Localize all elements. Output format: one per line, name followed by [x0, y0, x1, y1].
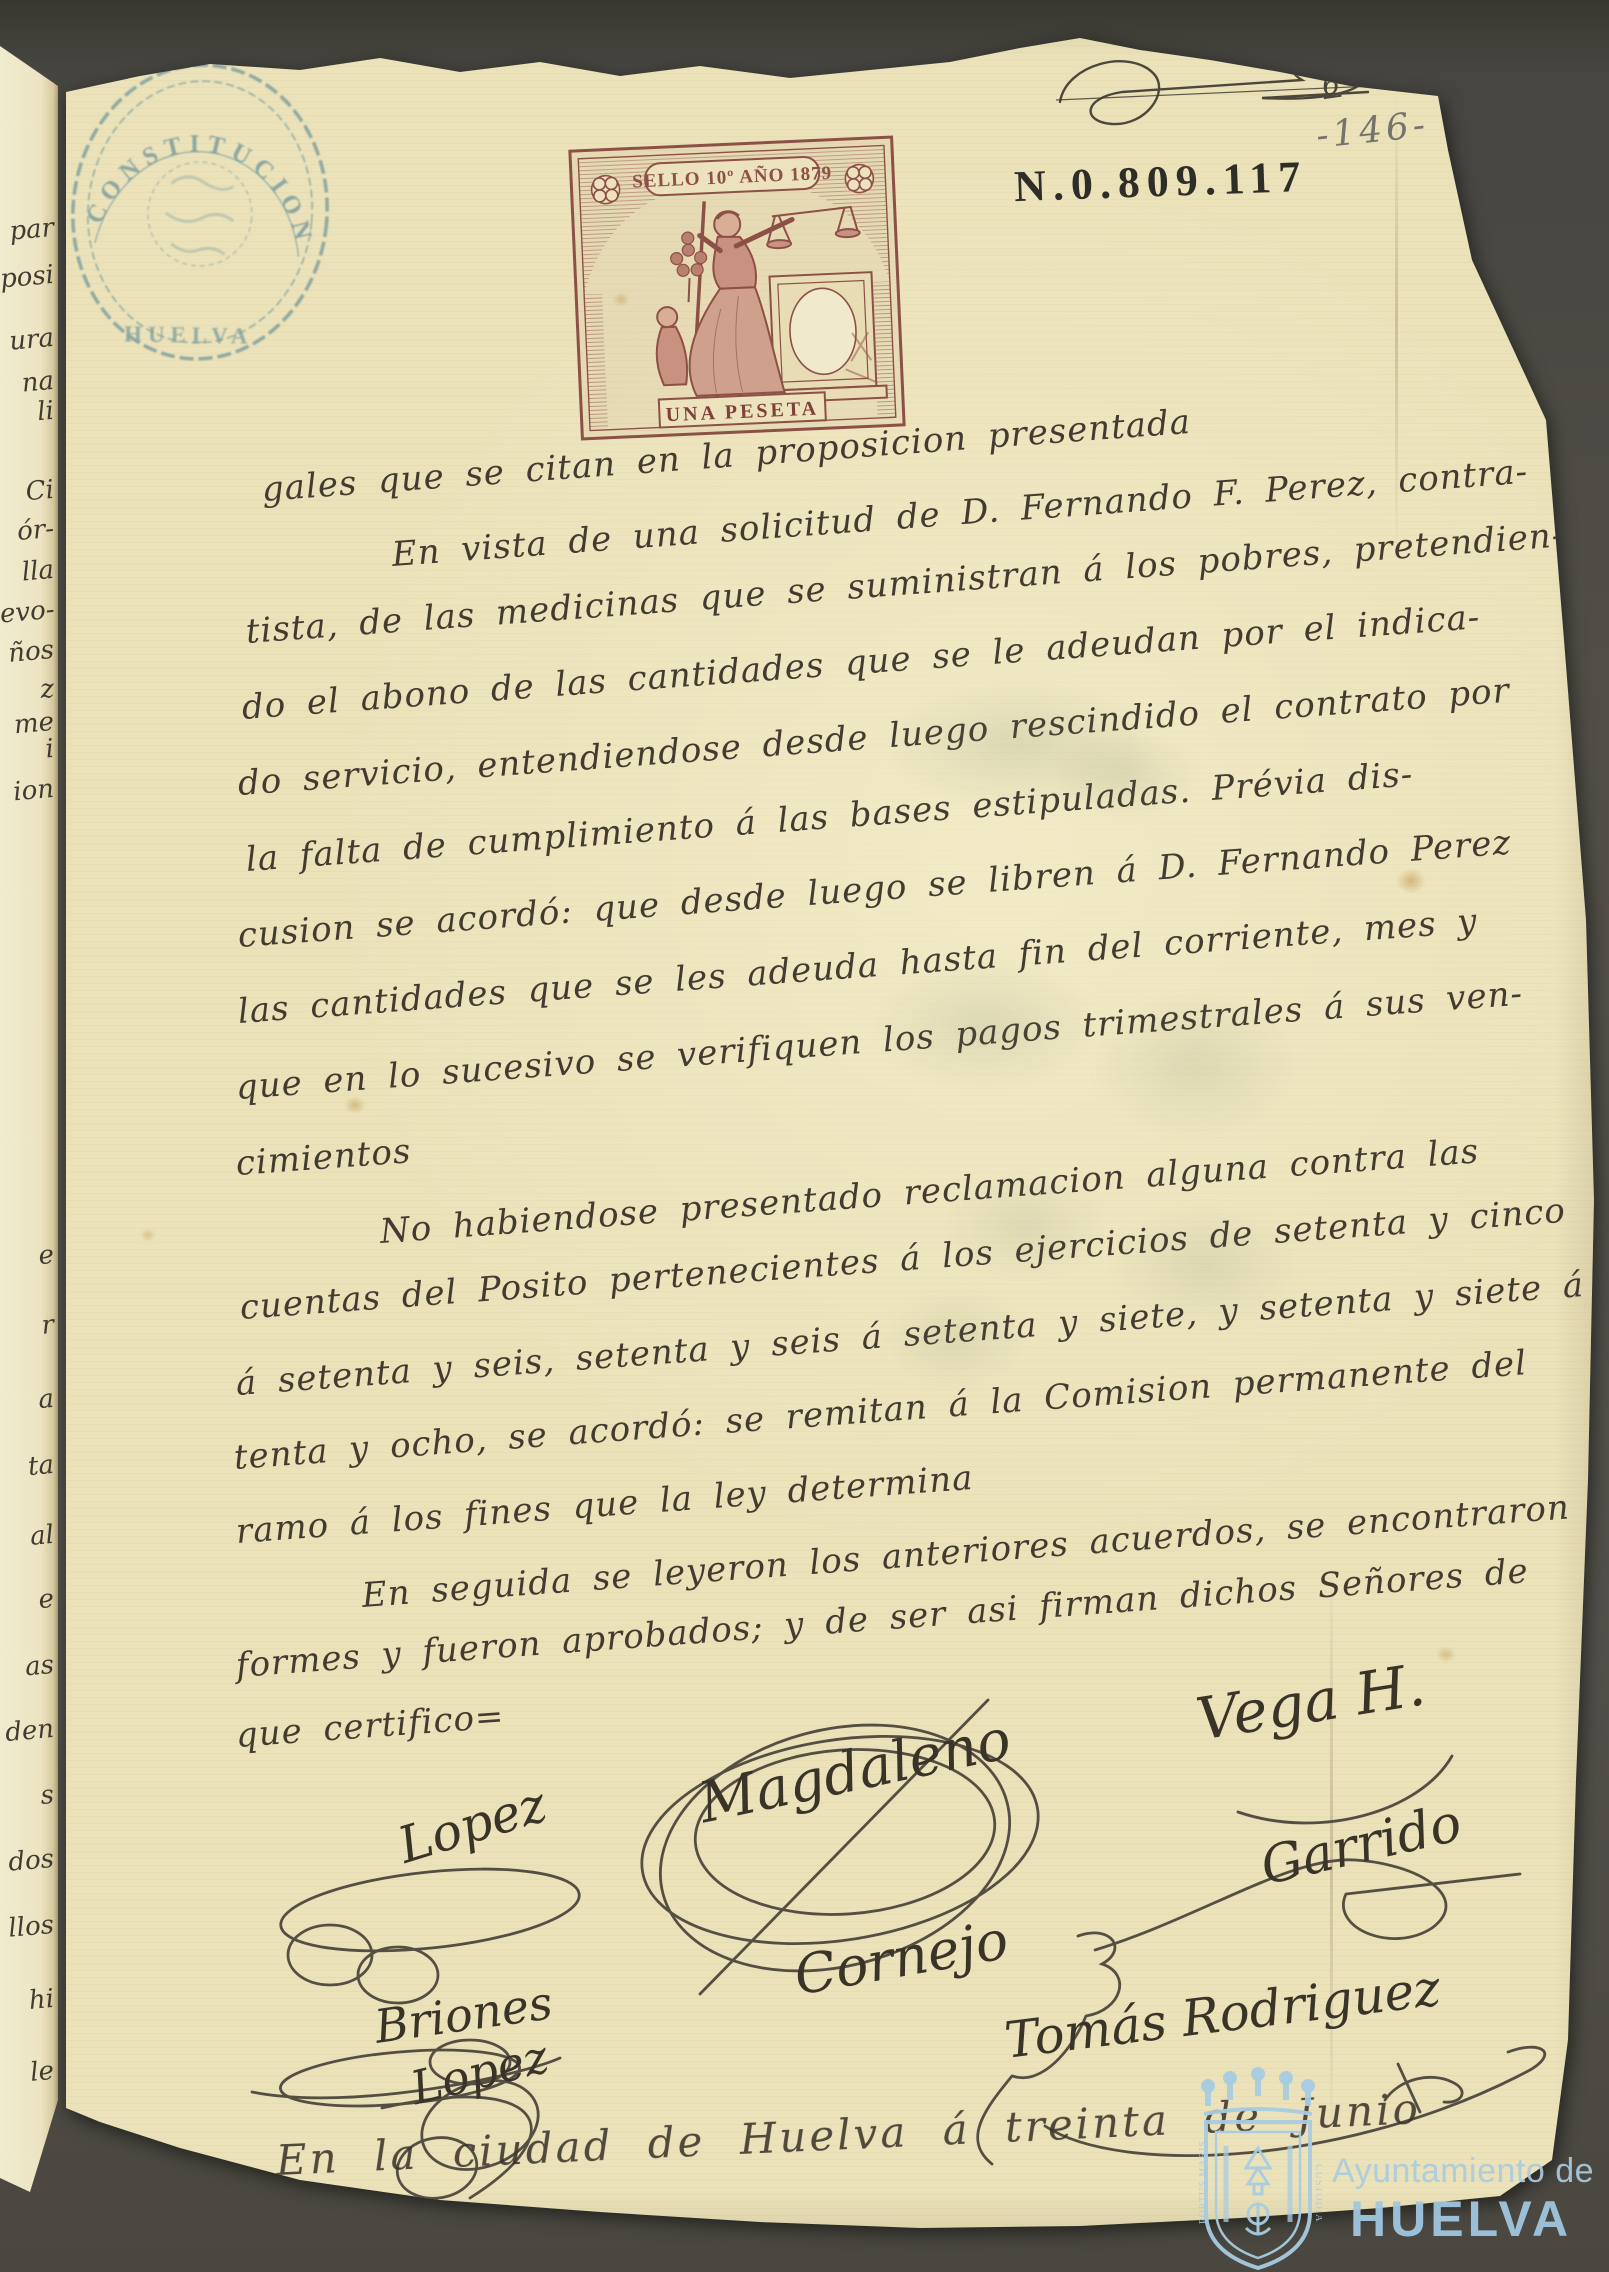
- paper-crease: [1330, 1560, 1333, 2140]
- watermark-title: HUELVA: [1350, 2190, 1572, 2248]
- signature-flourishes: [0, 0, 1609, 2272]
- ink-bleedthrough: [940, 1170, 1110, 1280]
- watermark-motto-left: PORTUS MARIS: [1198, 2140, 1209, 2224]
- watermark-motto-right: CUSTODIA: [1313, 2164, 1322, 2222]
- paper-crease: [1395, 90, 1398, 560]
- ink-bleedthrough: [1110, 1200, 1300, 1330]
- watermark-text: Ayuntamiento de: [1332, 2152, 1594, 2191]
- ink-bleedthrough: [1050, 730, 1200, 820]
- manuscript-page: CONSTITUCIONAL HUELVA: [0, 0, 1609, 2272]
- foxing-spot: [612, 292, 630, 307]
- document-scan: par posi ura na li Ci ór- lla evo- ños z…: [0, 0, 1609, 2272]
- ink-bleedthrough: [870, 960, 1100, 1090]
- foxing-spot: [1436, 1646, 1456, 1663]
- foxing-spot: [1396, 868, 1426, 894]
- foxing-spot: [140, 1228, 156, 1242]
- ink-bleedthrough: [880, 1290, 1030, 1390]
- manuscript-page-wrap: CONSTITUCIONAL HUELVA: [0, 0, 1609, 2272]
- ink-bleedthrough: [1090, 990, 1300, 1140]
- huelva-shield-icon: PORTUS MARIS CUSTODIA: [1194, 2062, 1322, 2272]
- foxing-spot: [344, 1096, 366, 1114]
